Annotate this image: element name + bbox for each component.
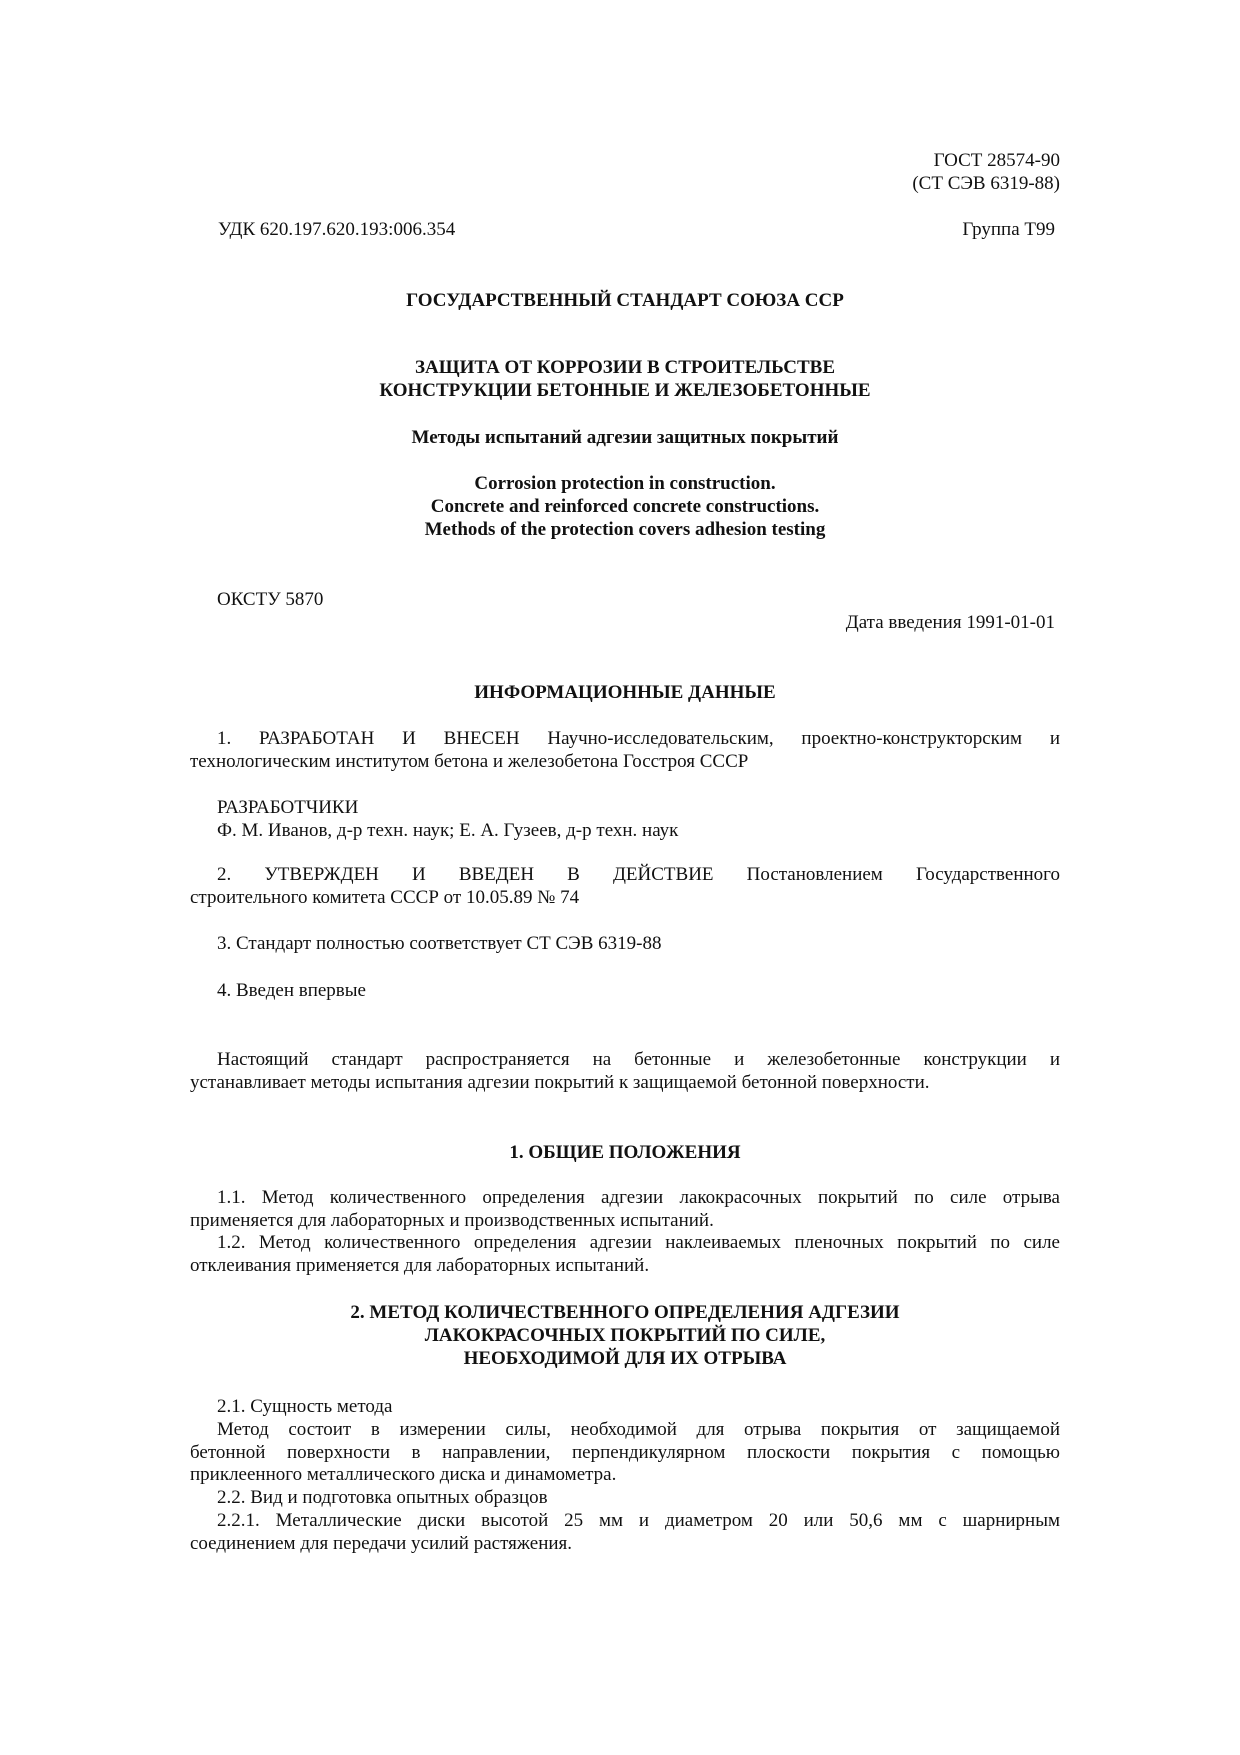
developers-list: Ф. М. Иванов, д-р техн. наук; Е. А. Гузе… <box>217 820 678 842</box>
info-item-1: 1. РАЗРАБОТАН И ВНЕСЕН Научно-исследоват… <box>190 728 1060 773</box>
info-item-1-line-2: технологическим институтом бетона и желе… <box>190 751 1060 774</box>
section-2-heading-line-1: 2. МЕТОД КОЛИЧЕСТВЕННОГО ОПРЕДЕЛЕНИЯ АДГ… <box>190 1301 1060 1324</box>
section-2-heading-line-2: ЛАКОКРАСОЧНЫХ ПОКРЫТИЙ ПО СИЛЕ, <box>190 1324 1060 1347</box>
okstu-code: ОКСТУ 5870 <box>217 589 323 611</box>
paragraph-2-2-title: 2.2. Вид и подготовка опытных образцов <box>217 1487 548 1509</box>
scope-line-1: Настоящий стандарт распространяется на б… <box>190 1049 1060 1072</box>
paragraph-1-1: 1.1. Метод количественного определения а… <box>190 1187 1060 1232</box>
gost-number: ГОСТ 28574-90 <box>934 150 1060 172</box>
paragraph-1-2: 1.2. Метод количественного определения а… <box>190 1232 1060 1277</box>
group-code: Группа Т99 <box>962 219 1055 241</box>
section-2-heading-line-3: НЕОБХОДИМОЙ ДЛЯ ИХ ОТРЫВА <box>190 1347 1060 1370</box>
paragraph-1-2-line-1: 1.2. Метод количественного определения а… <box>190 1232 1060 1255</box>
info-item-4: 4. Введен впервые <box>217 980 366 1002</box>
info-item-1-line-1: 1. РАЗРАБОТАН И ВНЕСЕН Научно-исследоват… <box>190 728 1060 751</box>
title-line-2: КОНСТРУКЦИИ БЕТОННЫЕ И ЖЕЛЕЗОБЕТОННЫЕ <box>190 379 1060 402</box>
effective-date: Дата введения 1991-01-01 <box>846 612 1055 634</box>
paragraph-1-1-line-2: применяется для лабораторных и производс… <box>190 1210 1060 1233</box>
info-item-2-line-1: 2. УТВЕРЖДЕН И ВВЕДЕН В ДЕЙСТВИЕ Постано… <box>190 864 1060 887</box>
document-page: ГОСТ 28574-90 (СТ СЭВ 6319-88) УДК 620.1… <box>0 0 1240 1755</box>
info-heading: ИНФОРМАЦИОННЫЕ ДАННЫЕ <box>190 681 1060 704</box>
title-line-1: ЗАЩИТА ОТ КОРРОЗИИ В СТРОИТЕЛЬСТВЕ <box>190 356 1060 379</box>
paragraph-2-2-1: 2.2.1. Металлические диски высотой 25 мм… <box>190 1510 1060 1555</box>
udk-code: УДК 620.197.620.193:006.354 <box>218 219 455 241</box>
paragraph-2-1: Метод состоит в измерении силы, необходи… <box>190 1419 1060 1487</box>
info-item-3: 3. Стандарт полностью соответствует СТ С… <box>217 933 661 955</box>
english-title-line-1: Corrosion protection in construction. <box>190 472 1060 495</box>
paragraph-2-1-line-3: приклеенного металлического диска и дина… <box>190 1464 1060 1487</box>
paragraph-2-1-line-1: Метод состоит в измерении силы, необходи… <box>190 1419 1060 1442</box>
paragraph-2-1-line-2: бетонной поверхности в направлении, перп… <box>190 1442 1060 1465</box>
info-item-2: 2. УТВЕРЖДЕН И ВВЕДЕН В ДЕЙСТВИЕ Постано… <box>190 864 1060 909</box>
subtitle: Методы испытаний адгезии защитных покрыт… <box>190 426 1060 449</box>
info-item-2-line-2: строительного комитета СССР от 10.05.89 … <box>190 887 1060 910</box>
state-standard-heading: ГОСУДАРСТВЕННЫЙ СТАНДАРТ СОЮЗА ССР <box>190 289 1060 312</box>
developers-label: РАЗРАБОТЧИКИ <box>217 797 358 819</box>
english-title-line-2: Concrete and reinforced concrete constru… <box>190 495 1060 518</box>
paragraph-2-1-title: 2.1. Сущность метода <box>217 1396 392 1418</box>
paragraph-2-2-1-line-2: соединением для передачи усилий растяжен… <box>190 1533 1060 1556</box>
section-1-heading: 1. ОБЩИЕ ПОЛОЖЕНИЯ <box>190 1141 1060 1164</box>
paragraph-1-2-line-2: отклеивания применяется для лабораторных… <box>190 1255 1060 1278</box>
english-title-line-3: Methods of the protection covers adhesio… <box>190 518 1060 541</box>
scope-line-2: устанавливает методы испытания адгезии п… <box>190 1072 1060 1095</box>
scope-paragraph: Настоящий стандарт распространяется на б… <box>190 1049 1060 1094</box>
paragraph-2-2-1-line-1: 2.2.1. Металлические диски высотой 25 мм… <box>190 1510 1060 1533</box>
paragraph-1-1-line-1: 1.1. Метод количественного определения а… <box>190 1187 1060 1210</box>
st-sev-reference: (СТ СЭВ 6319-88) <box>912 173 1060 195</box>
